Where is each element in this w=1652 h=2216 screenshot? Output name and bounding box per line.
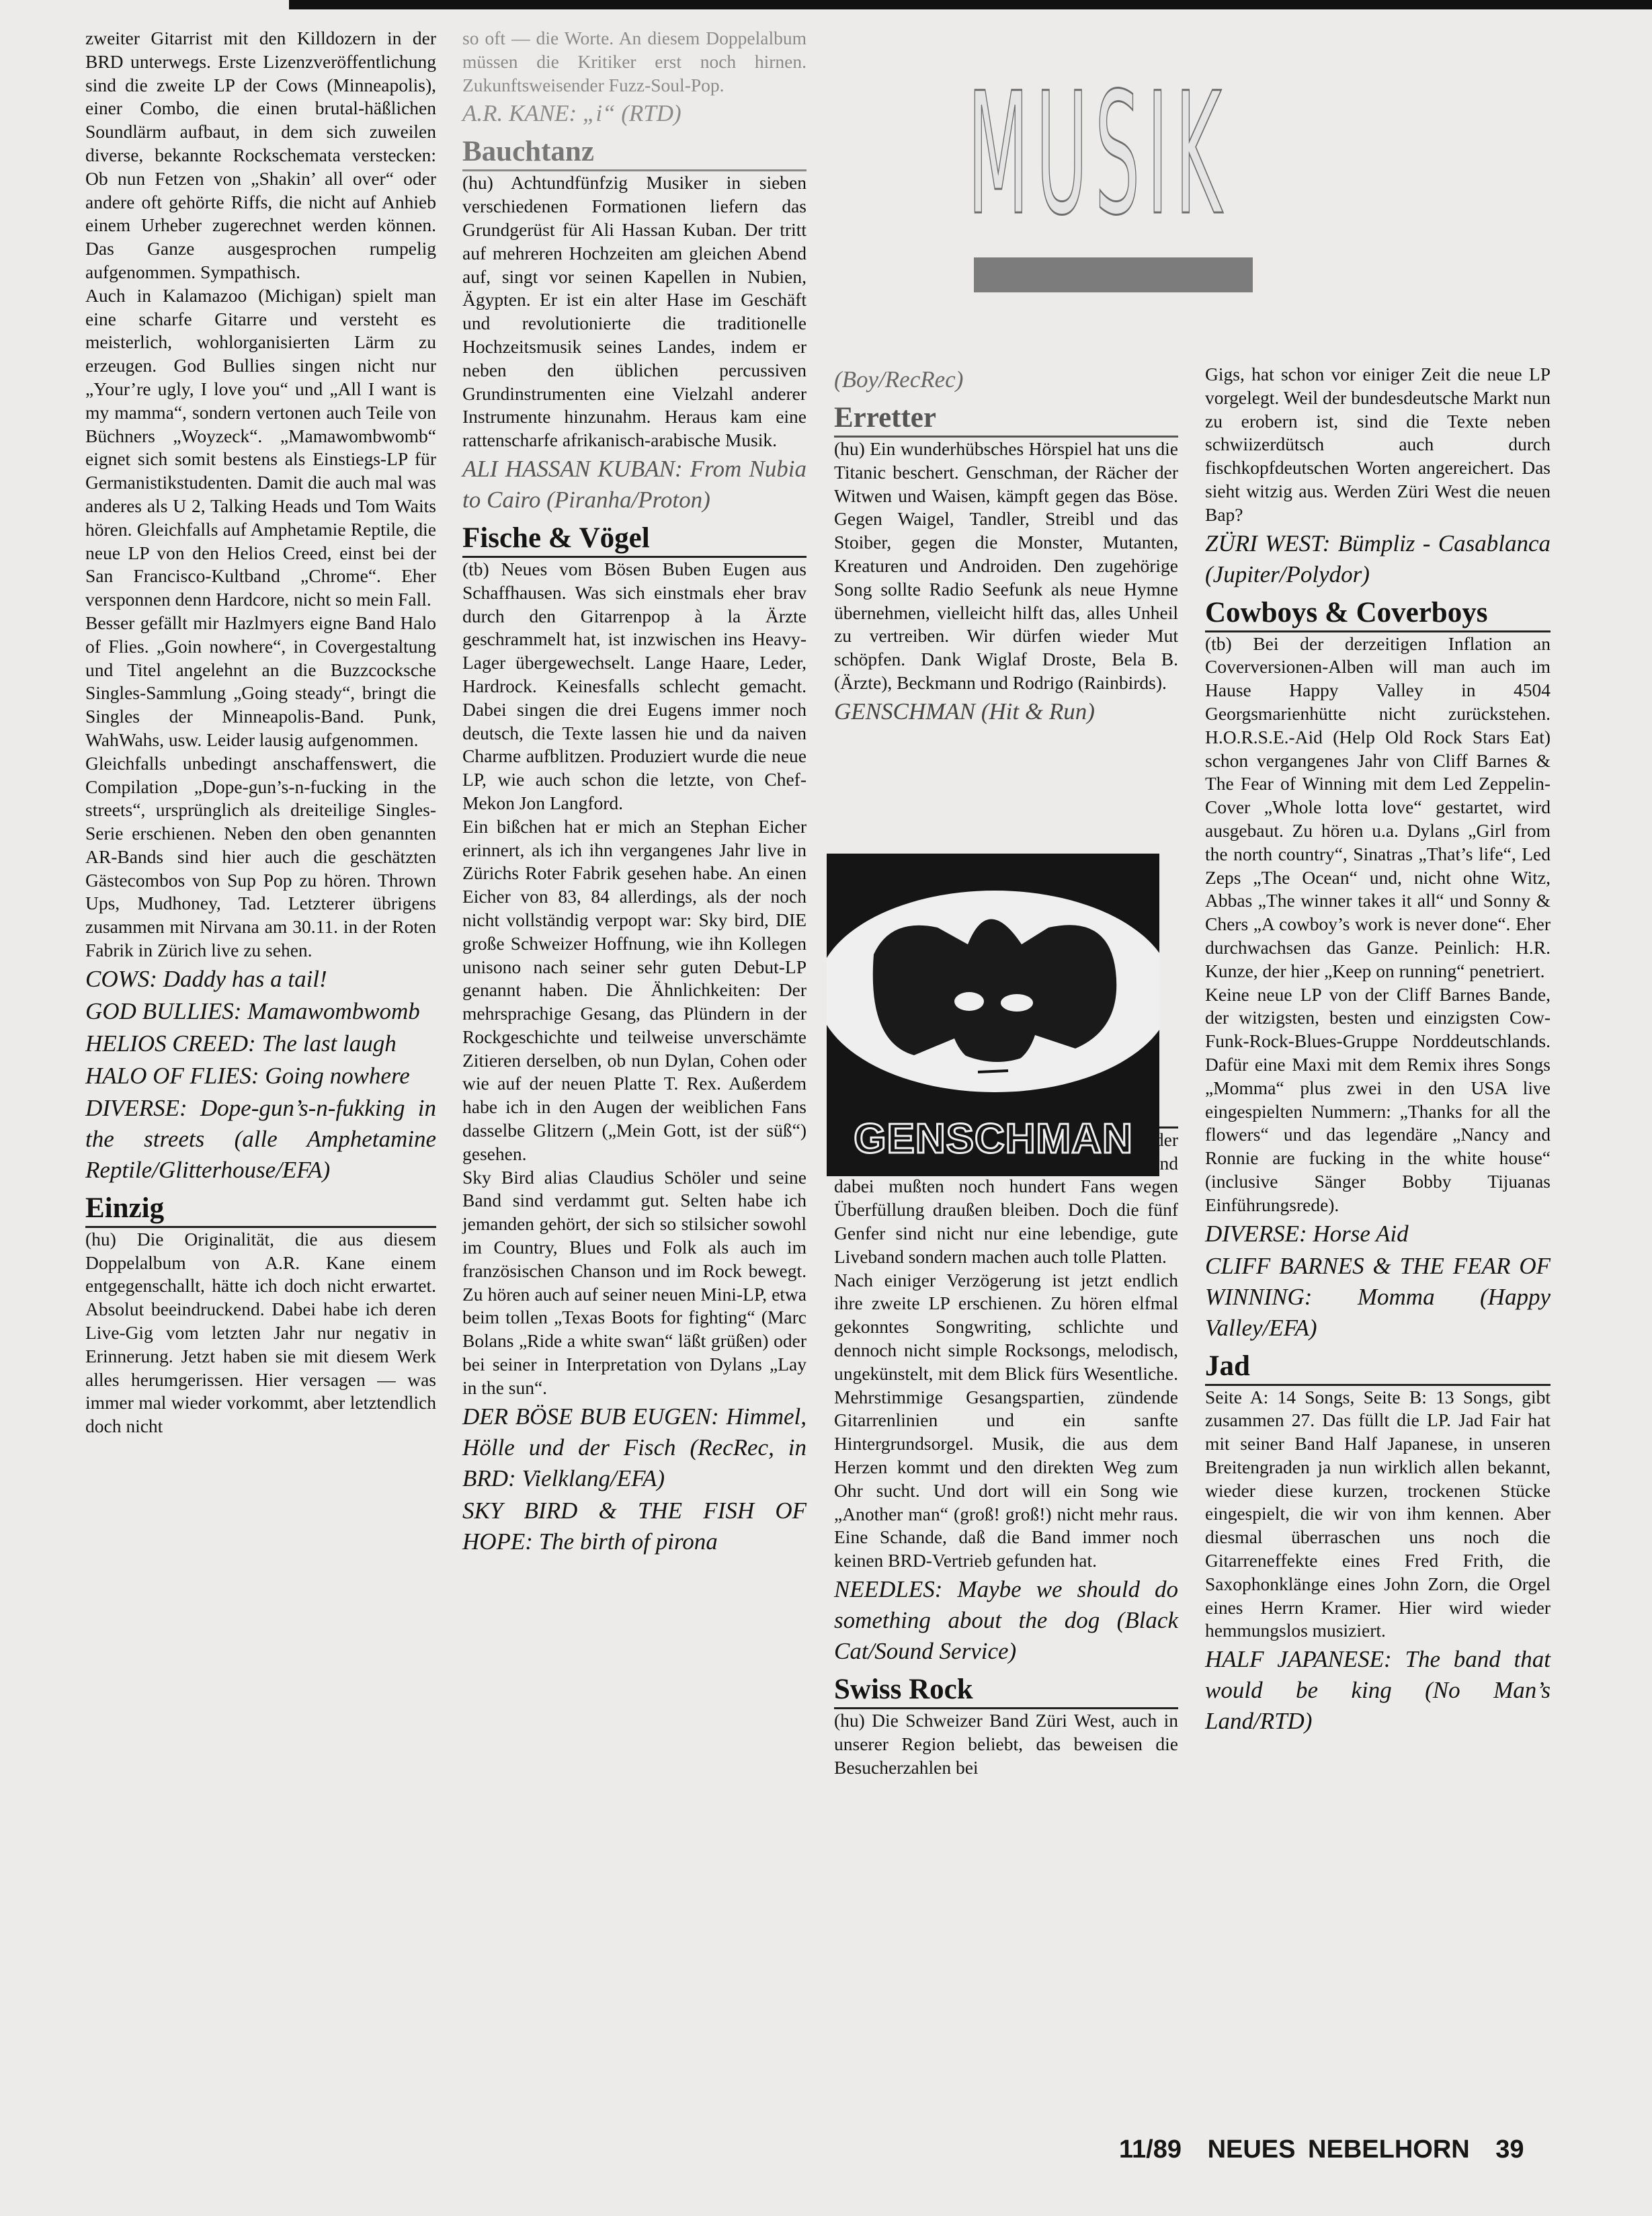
issue-number: 11/89 <box>1119 2135 1182 2164</box>
paragraph: Nach einiger Verzögerung ist jetzt endli… <box>834 1269 1178 1573</box>
section-heading-fische: Fische & Vögel <box>462 522 807 558</box>
album-credit: HALF JAPANESE: The band that would be ki… <box>1205 1644 1551 1737</box>
column-2: so oft — die Worte. An diesem Doppelalbu… <box>462 27 807 1559</box>
paragraph: Seite A: 14 Songs, Seite B: 13 Songs, gi… <box>1205 1386 1551 1643</box>
album-credit: ALI HASSAN KUBAN: From Nubia to Cairo (P… <box>462 454 807 516</box>
paragraph: (hu) Die Originalität, die aus diesem Do… <box>85 1228 436 1438</box>
album-credit: DER BÖSE BUB EUGEN: Himmel, Hölle und de… <box>462 1401 807 1494</box>
paragraph: so oft — die Worte. An diesem Doppelalbu… <box>462 27 807 97</box>
section-heading-jad: Jad <box>1205 1350 1551 1386</box>
paragraph: Besser gefällt mir Hazlmyers eigne Band … <box>85 612 436 752</box>
paragraph: Sky Bird alias Claudius Schöler und sein… <box>462 1166 807 1400</box>
section-title-musik: MUSIK <box>968 71 1229 239</box>
album-credit: GENSCHMAN (Hit & Run) <box>834 696 1178 727</box>
section-heading-swiss-rock: Swiss Rock <box>834 1674 1178 1709</box>
album-credit: SKY BIRD & THE FISH OF HOPE: The birth o… <box>462 1495 807 1557</box>
section-heading-einzig: Einzig <box>85 1192 436 1228</box>
album-credit: DIVERSE: Horse Aid <box>1205 1219 1551 1249</box>
album-credit: COWS: Daddy has a tail! <box>85 964 436 995</box>
paragraph: zweiter Gitarrist mit den Killdozern in … <box>85 27 436 284</box>
paragraph: (hu) Die Schweizer Band Züri West, auch … <box>834 1709 1178 1779</box>
genschman-mask-illustration: GENSCHMAN <box>827 854 1159 1176</box>
paragraph: (tb) Neues vom Bösen Buben Eugen aus Sch… <box>462 558 807 815</box>
section-heading-cowboys: Cowboys & Coverboys <box>1205 597 1551 632</box>
album-credit: DIVERSE: Dope-gun’s-n-fukking in the str… <box>85 1093 436 1186</box>
album-credit: ZÜRI WEST: Bümpliz - Casablanca (Jupiter… <box>1205 528 1551 590</box>
page-number: 39 <box>1495 2135 1524 2164</box>
album-credit: HELIOS CREED: The last laugh <box>85 1028 436 1059</box>
genschman-cover-image: GENSCHMAN <box>827 854 1159 1176</box>
column-1: zweiter Gitarrist mit den Killdozern in … <box>85 27 436 1438</box>
paragraph: (hu) Achtundfünfzig Musiker in sieben ve… <box>462 171 807 452</box>
page-footer: 11/89 NEUES NEBELHORN 39 <box>1119 2135 1524 2164</box>
magazine-name: NEUES NEBELHORN <box>1208 2135 1470 2164</box>
genschman-logo-text: GENSCHMAN <box>854 1116 1132 1162</box>
top-edge-strip <box>289 0 1652 9</box>
album-credit: HALO OF FLIES: Going nowhere <box>85 1061 436 1092</box>
paragraph: (tb) Bei der derzeitigen Inflation an Co… <box>1205 632 1551 983</box>
title-bar-decoration <box>974 257 1253 292</box>
album-credit: GOD BULLIES: Mamawombwomb <box>85 996 436 1027</box>
section-heading-bauchtanz: Bauchtanz <box>462 136 807 171</box>
section-heading-erretter: Erretter <box>834 402 1178 438</box>
album-credit: NEEDLES: Maybe we should do something ab… <box>834 1574 1178 1667</box>
paragraph: Auch in Kalamazoo (Michigan) spielt man … <box>85 284 436 612</box>
album-credit: A.R. KANE: „i“ (RTD) <box>462 98 807 129</box>
paragraph: Gigs, hat schon vor einiger Zeit die neu… <box>1205 363 1551 527</box>
album-credit: (Boy/RecRec) <box>834 364 1178 395</box>
paragraph: Keine neue LP von der Cliff Barnes Bande… <box>1205 983 1551 1217</box>
column-4: Gigs, hat schon vor einiger Zeit die neu… <box>1205 363 1551 1738</box>
paragraph: Ein bißchen hat er mich an Stephan Eiche… <box>462 815 807 1166</box>
paragraph: (hu) Ein wunderhübsches Hörspiel hat uns… <box>834 438 1178 695</box>
paragraph: Gleichfalls unbedingt anschaffenswert, d… <box>85 752 436 962</box>
album-credit: CLIFF BARNES & THE FEAR OF WINNING: Momm… <box>1205 1251 1551 1344</box>
